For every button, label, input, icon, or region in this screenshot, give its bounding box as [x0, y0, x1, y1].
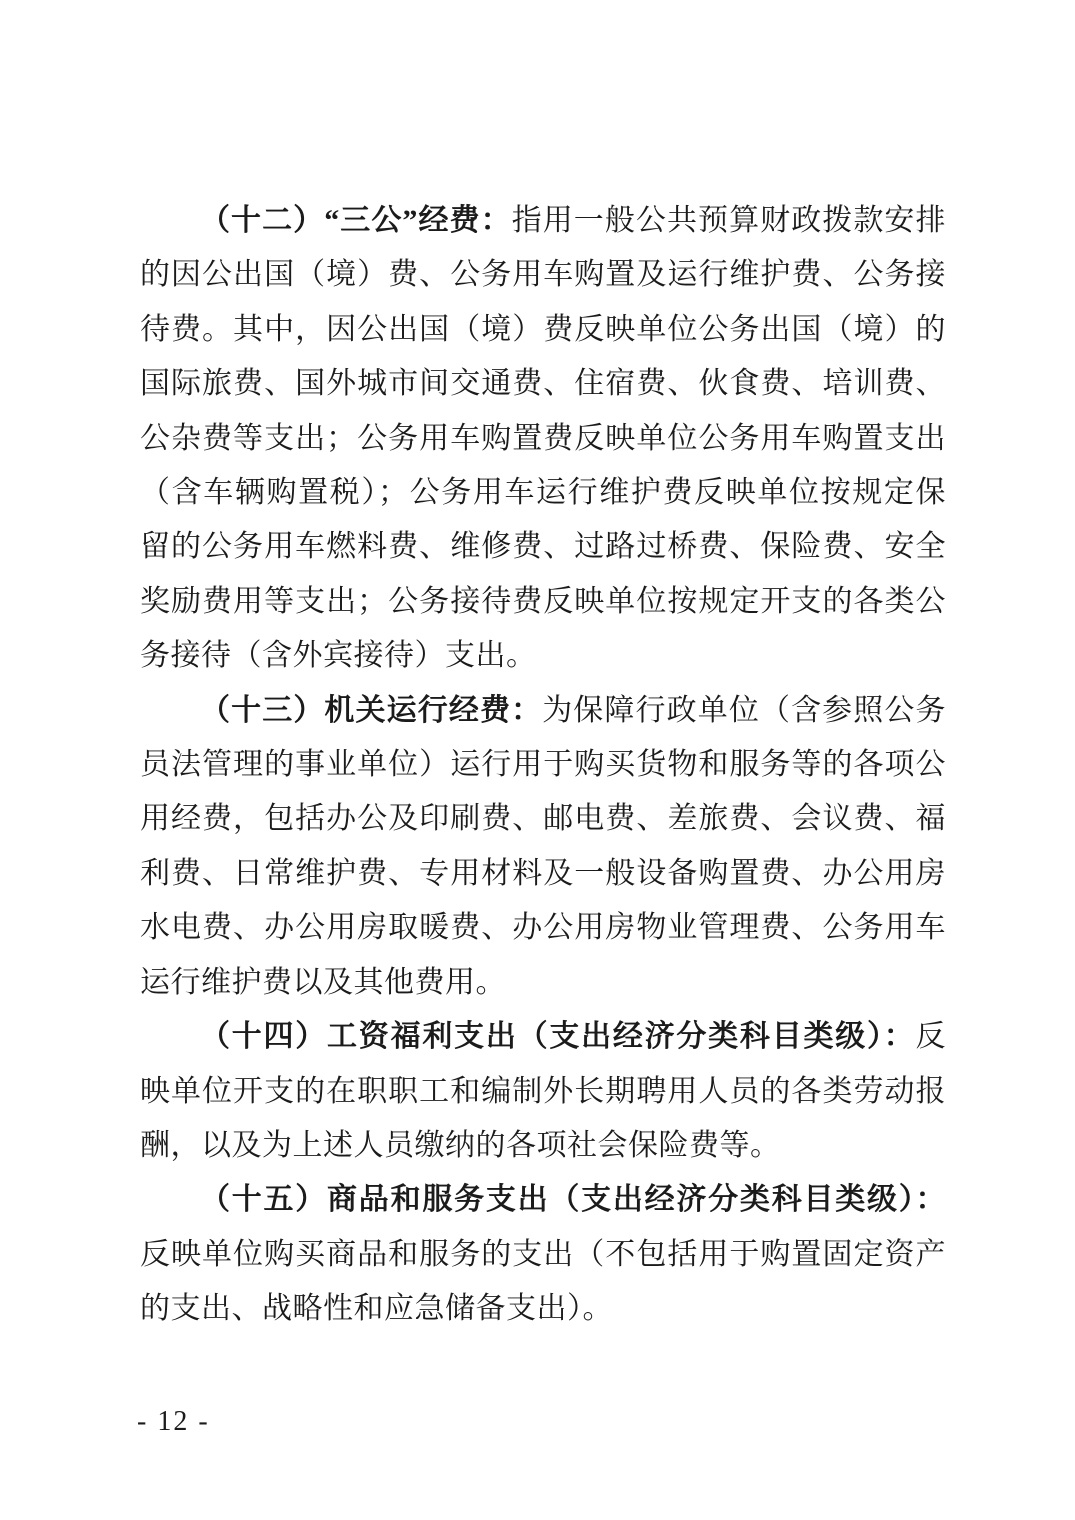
- paragraph-heading: （十二）“三公”经费：: [200, 204, 512, 237]
- paragraph-text: 为保障行政单位（含参照公务员法管理的事业单位）运行用于购买货物和服务等的各项公用…: [140, 694, 946, 999]
- paragraph-heading: （十三）机关运行经费：: [200, 694, 542, 727]
- paragraph-item-13: （十三）机关运行经费：为保障行政单位（含参照公务员法管理的事业单位）运行用于购买…: [140, 684, 946, 1010]
- paragraph-heading: （十四）工资福利支出（支出经济分类科目类级）：: [200, 1020, 916, 1053]
- paragraph-text: 指用一般公共预算财政拨款安排的因公出国（境）费、公务用车购置及运行维护费、公务接…: [140, 204, 946, 672]
- document-page: （十二）“三公”经费：指用一般公共预算财政拨款安排的因公出国（境）费、公务用车购…: [0, 0, 1075, 1520]
- paragraph-item-12: （十二）“三公”经费：指用一般公共预算财政拨款安排的因公出国（境）费、公务用车购…: [140, 194, 946, 684]
- document-body: （十二）“三公”经费：指用一般公共预算财政拨款安排的因公出国（境）费、公务用车购…: [140, 194, 946, 1337]
- paragraph-item-14: （十四）工资福利支出（支出经济分类科目类级）：反映单位开支的在职职工和编制外长期…: [140, 1010, 946, 1173]
- paragraph-text: 反映单位购买商品和服务的支出（不包括用于购置固定资产的支出、战略性和应急储备支出…: [140, 1238, 946, 1325]
- paragraph-item-15: （十五）商品和服务支出（支出经济分类科目类级）：反映单位购买商品和服务的支出（不…: [140, 1173, 946, 1336]
- page-number: - 12 -: [137, 1402, 210, 1442]
- paragraph-heading: （十五）商品和服务支出（支出经济分类科目类级）：: [200, 1183, 946, 1216]
